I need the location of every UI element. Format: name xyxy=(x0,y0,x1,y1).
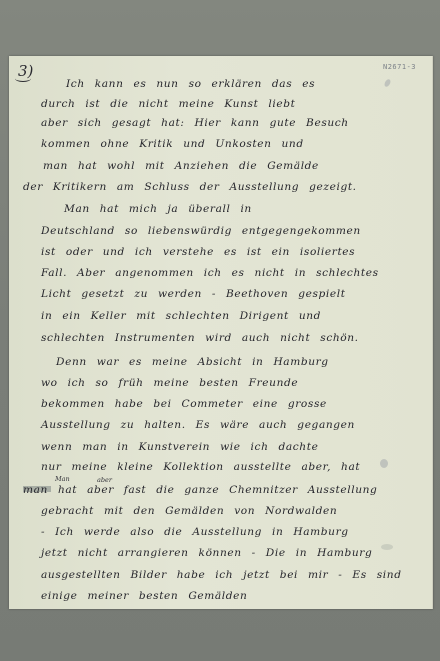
text-line-20: man hat aber fast die ganze Chemnitzer A… xyxy=(23,484,377,495)
insertion-above: Man xyxy=(55,475,70,483)
text-line-21: gebracht mit den Gemälden von Nordwalden xyxy=(41,505,337,516)
text-line-11: Licht gesetzt zu werden - Beethoven gesp… xyxy=(41,288,346,299)
text-line-7: Man hat mich ja überall in xyxy=(64,203,252,214)
text-line-16: bekommen habe bei Commeter eine grosse xyxy=(41,398,327,409)
paper-stain xyxy=(380,459,388,468)
text-line-13: schlechten Instrumenten wird auch nicht … xyxy=(41,332,359,343)
text-line-1: Ich kann es nun so erklären das es xyxy=(66,78,315,89)
text-line-15: wo ich so früh meine besten Freunde xyxy=(41,377,298,388)
text-line-5: man hat wohl mit Anziehen die Gemälde xyxy=(43,160,319,171)
text-line-19: nur meine kleine Kollektion ausstellte a… xyxy=(41,461,360,472)
text-line-14: Denn war es meine Absicht in Hamburg xyxy=(56,356,329,367)
text-line-17: Ausstellung zu halten. Es wäre auch gega… xyxy=(41,419,355,430)
paper-stain xyxy=(381,544,393,550)
letter-page: 3) N2671-3 Ich kann es nun so erklären d… xyxy=(9,56,433,609)
text-line-8: Deutschland so liebenswürdig entgegengek… xyxy=(41,225,361,236)
text-line-10: Fall. Aber angenommen ich es nicht in sc… xyxy=(41,267,379,278)
text-line-2: durch ist die nicht meine Kunst liebt xyxy=(41,98,295,109)
text-line-24: ausgestellten Bilder habe ich jetzt bei … xyxy=(41,569,402,580)
text-line-22: - Ich werde also die Ausstellung in Hamb… xyxy=(41,526,349,537)
text-line-9: ist oder und ich verstehe es ist ein iso… xyxy=(41,246,355,257)
text-line-25: einige meiner besten Gemälden xyxy=(41,590,247,601)
text-line-3: aber sich gesagt hat: Hier kann gute Bes… xyxy=(41,117,349,128)
text-line-12: in ein Keller mit schlechten Dirigent un… xyxy=(41,310,321,321)
page-number: 3) xyxy=(18,62,33,80)
insertion-above: aber xyxy=(97,476,112,484)
text-line-4: kommen ohne Kritik und Unkosten und xyxy=(41,138,304,149)
ink-smudge xyxy=(383,78,391,87)
archive-id-stamp: N2671-3 xyxy=(383,63,416,71)
text-line-18: wenn man in Kunstverein wie ich dachte xyxy=(41,441,318,452)
text-line-23: jetzt nicht arrangieren können - Die in … xyxy=(41,547,372,558)
text-line-6: der Kritikern am Schluss der Ausstellung… xyxy=(23,181,357,192)
